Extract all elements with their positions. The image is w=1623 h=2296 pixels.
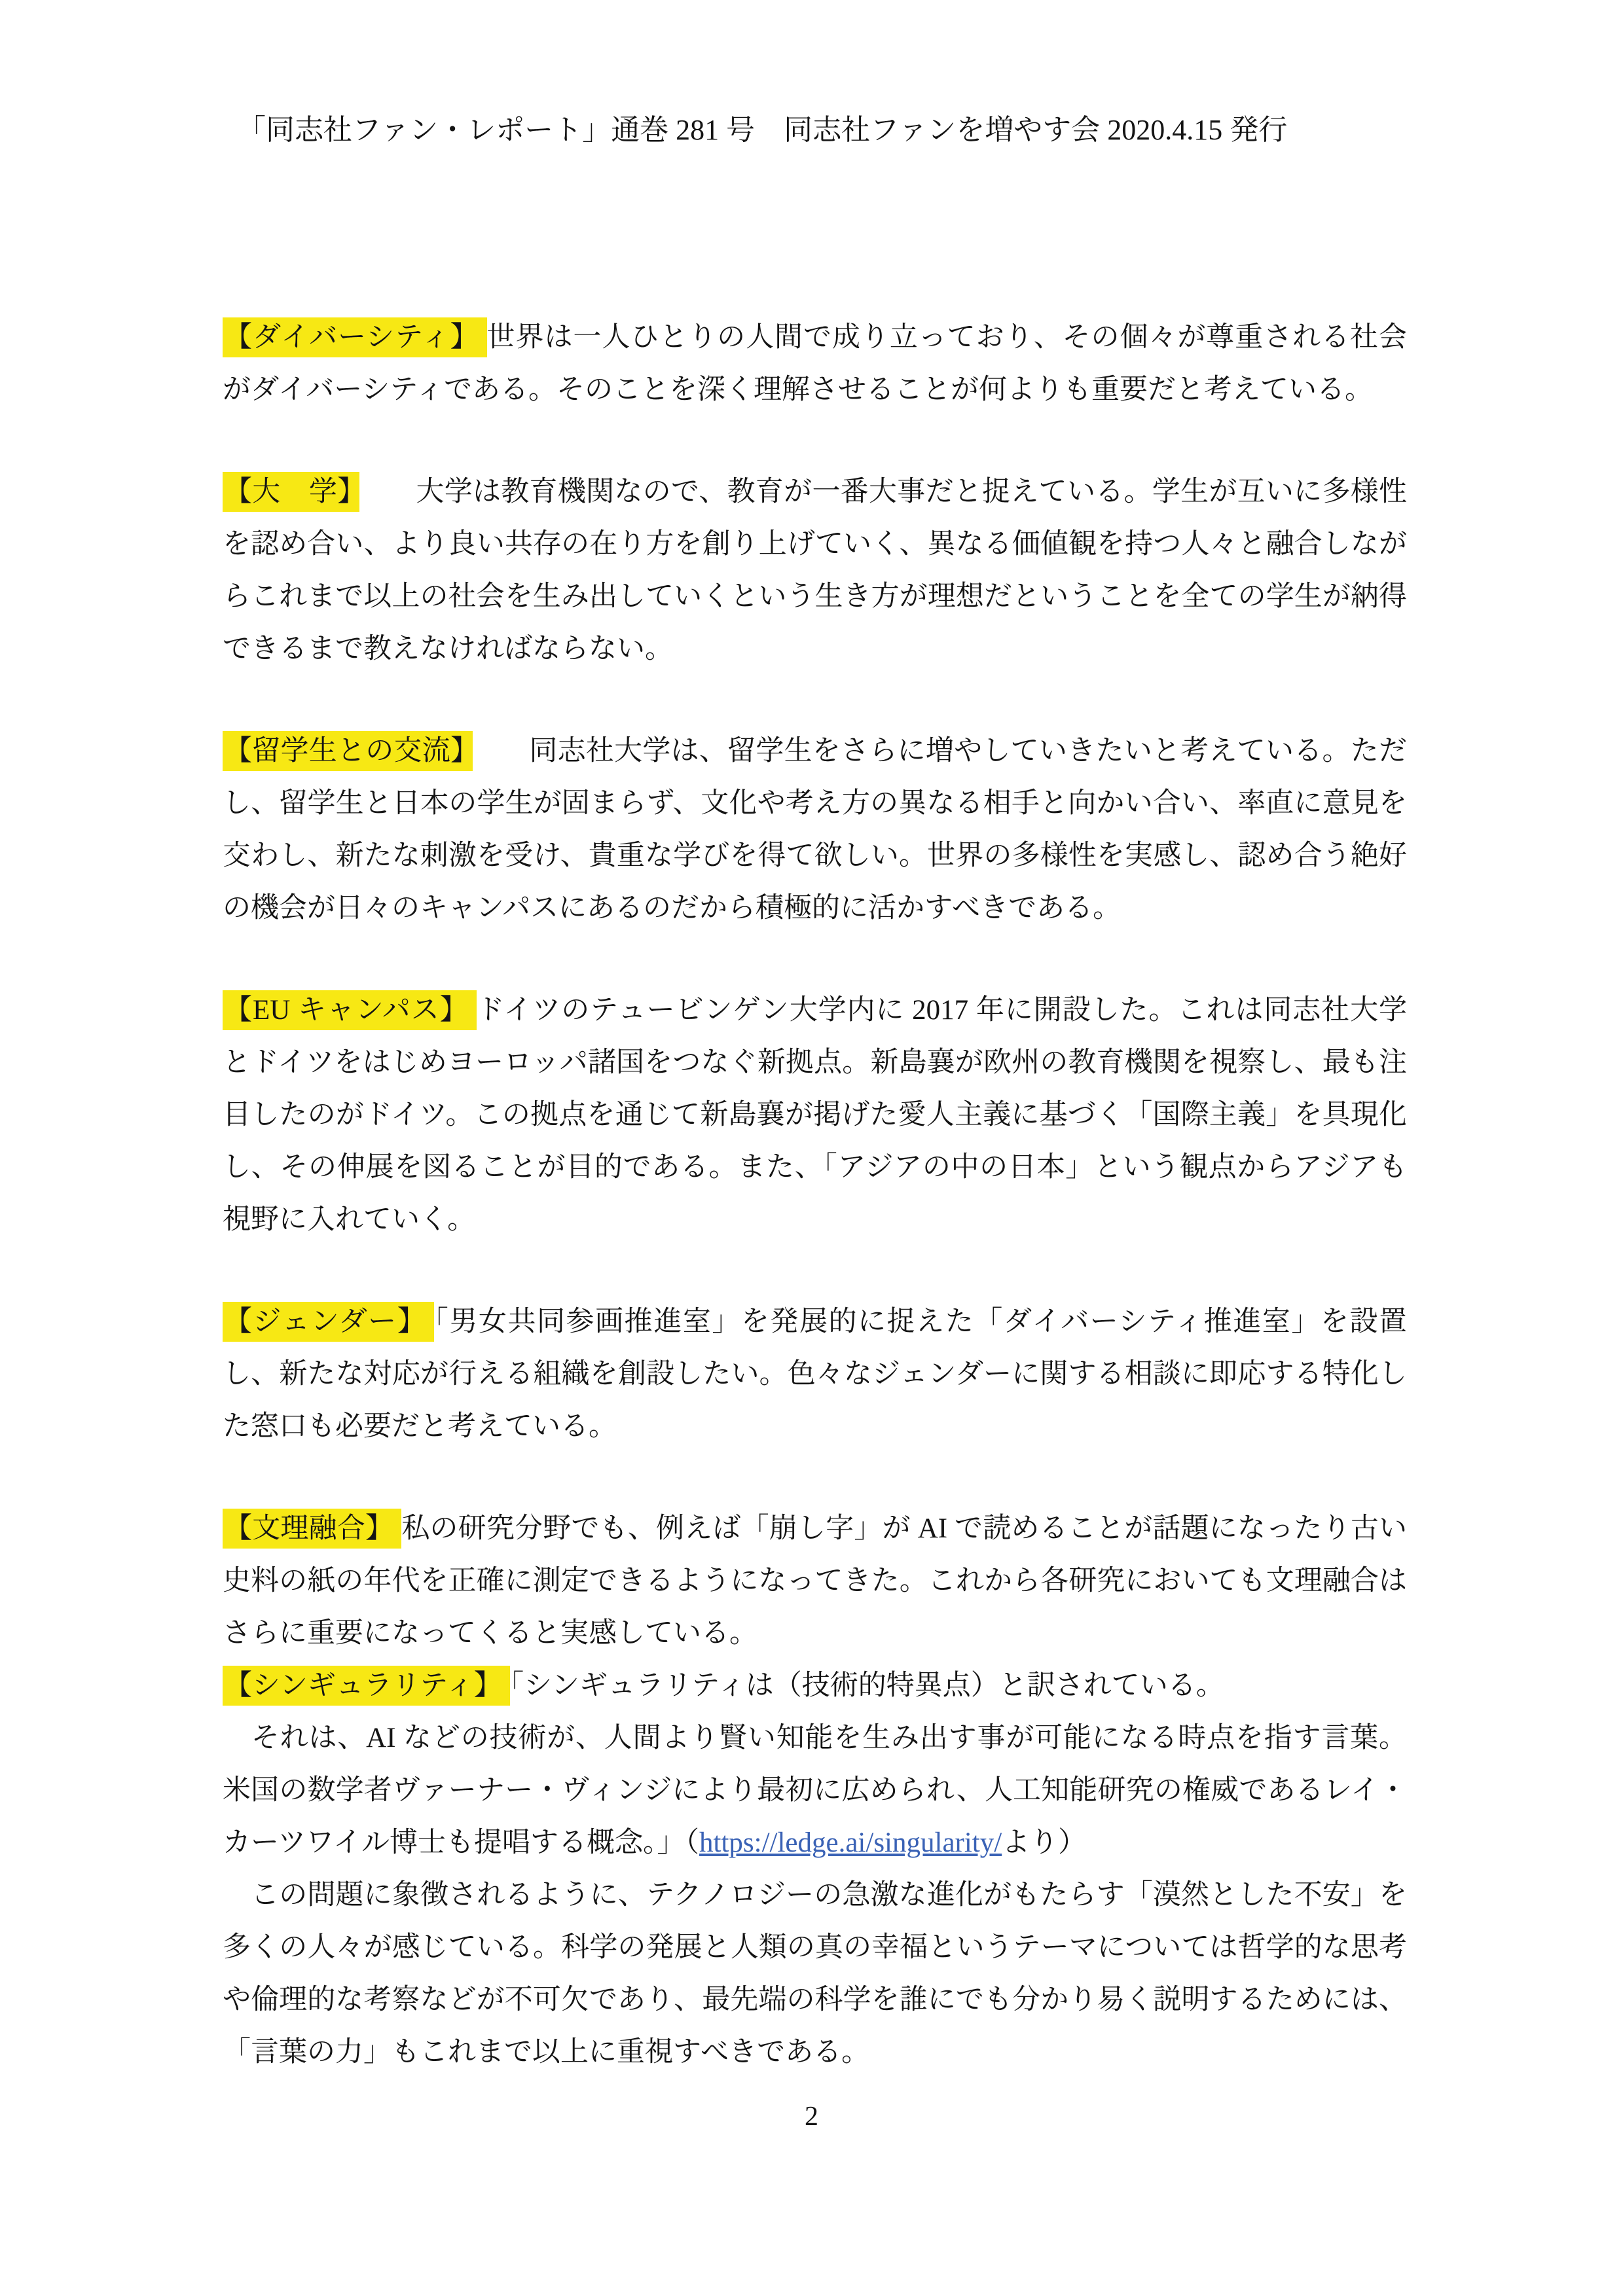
singularity-paragraph-2: それは、AI などの技術が、人間より賢い知能を生み出す事が可能になる時点を指す言… bbox=[223, 1712, 1407, 1869]
page-number: 2 bbox=[0, 2101, 1623, 2132]
section-tag-bunri-fusion: 【文理融合】 bbox=[223, 1509, 401, 1549]
section-diversity: 【ダイバーシティ】世界は一人ひとりの人間で成り立っており、その個々が尊重される社… bbox=[223, 312, 1407, 416]
section-singularity: 【シンギュラリティ】「シンギュラリティは（技術的特異点）と訳されている。 それは… bbox=[223, 1660, 1407, 2079]
section-text-university: 大学は教育機関なので、教育が一番大事だと捉えている。学生が互いに多様性を認め合い… bbox=[223, 476, 1407, 664]
section-tag-singularity: 【シンギュラリティ】 bbox=[223, 1666, 510, 1706]
section-tag-eu-campus: 【EU キャンパス】 bbox=[223, 990, 477, 1030]
section-bunri-fusion: 【文理融合】私の研究分野でも、例えば「崩し字」が AI で読めることが話題になっ… bbox=[223, 1503, 1407, 1660]
section-tag-gender: 【ジェンダー】 bbox=[223, 1302, 434, 1342]
singularity-text-after-link: より） bbox=[1002, 1827, 1086, 1858]
singularity-source-link[interactable]: https://ledge.ai/singularity/ bbox=[699, 1827, 1002, 1858]
section-gender: 【ジェンダー】「男女共同参画推進室」を発展的に捉えた「ダイバーシティ推進室」を設… bbox=[223, 1296, 1407, 1453]
document-page: 「同志社ファン・レポート」通巻 281 号 同志社ファンを増やす会 2020.4… bbox=[0, 0, 1623, 2296]
singularity-definition: 「シンギュラリティは（技術的特異点）と訳されている。 bbox=[510, 1670, 1224, 1701]
singularity-heading-line: 【シンギュラリティ】「シンギュラリティは（技術的特異点）と訳されている。 bbox=[223, 1660, 1407, 1712]
document-body: 【ダイバーシティ】世界は一人ひとりの人間で成り立っており、その個々が尊重される社… bbox=[223, 312, 1407, 2079]
singularity-paragraph-3: この問題に象徴されるように、テクノロジーの急激な進化がもたらす「漠然とした不安」… bbox=[223, 1869, 1407, 2079]
section-tag-university: 【大 学】 bbox=[223, 472, 359, 512]
section-tag-diversity: 【ダイバーシティ】 bbox=[223, 317, 487, 357]
section-tag-international-students: 【留学生との交流】 bbox=[223, 731, 473, 771]
section-university: 【大 学】 大学は教育機関なので、教育が一番大事だと捉えている。学生が互いに多様… bbox=[223, 466, 1407, 675]
section-text-eu-campus: ドイツのテュービンゲン大学内に 2017 年に開設した。これは同志社大学とドイツ… bbox=[223, 995, 1407, 1235]
section-eu-campus: 【EU キャンパス】ドイツのテュービンゲン大学内に 2017 年に開設した。これ… bbox=[223, 984, 1407, 1246]
document-header: 「同志社ファン・レポート」通巻 281 号 同志社ファンを増やす会 2020.4… bbox=[237, 111, 1407, 149]
section-international-students: 【留学生との交流】 同志社大学は、留学生をさらに増やしていきたいと考えている。た… bbox=[223, 725, 1407, 935]
